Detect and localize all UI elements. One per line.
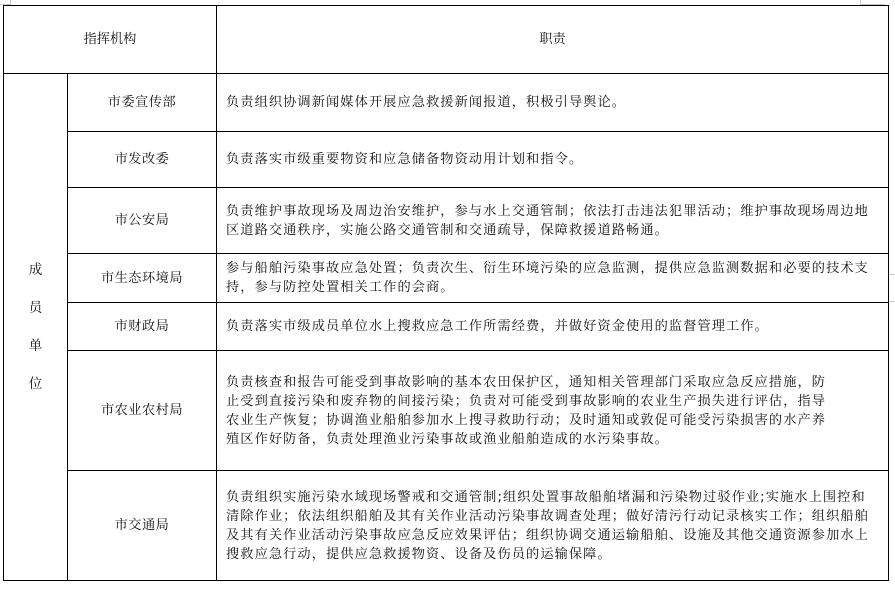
unit-duty: 负责核查和报告可能受到事故影响的基本农田保护区，通知相关管理部门采取应急反应措施…: [217, 351, 889, 471]
group-label-char: 位: [4, 365, 67, 403]
unit-name: 市发改委: [68, 132, 217, 188]
unit-duty: 参与船舶污染事故应急处置；负责次生、衍生环境污染的应急监测，提供应急监测数据和必…: [217, 254, 889, 303]
unit-name: 市生态环境局: [68, 254, 217, 303]
unit-duty: 负责组织实施污染水域现场警戒和交通管制;组织处置事故船舶堵漏和污染物过驳作业;实…: [217, 471, 889, 581]
table-row: 市交通局 负责组织实施污染水域现场警戒和交通管制;组织处置事故船舶堵漏和污染物过…: [4, 471, 889, 581]
table-row: 市财政局 负责落实市级成员单位水上搜救应急工作所需经费，并做好资金使用的监督管理…: [4, 303, 889, 351]
table-row: 市生态环境局 参与船舶污染事故应急处置；负责次生、衍生环境污染的应急监测，提供应…: [4, 254, 889, 303]
header-duty: 职责: [217, 6, 889, 74]
page-margin-mark-right: [889, 274, 895, 302]
unit-duty: 负责落实市级成员单位水上搜救应急工作所需经费，并做好资金使用的监督管理工作。: [217, 303, 889, 351]
unit-duty: 负责组织协调新闻媒体开展应急救援新闻报道，积极引导舆论。: [217, 74, 889, 132]
table-row: 市公安局 负责维护事故现场及周边治安维护，参与水上交通管制；依法打击违法犯罪活动…: [4, 188, 889, 254]
unit-name: 市委宣传部: [68, 74, 217, 132]
unit-duty: 负责落实市级重要物资和应急储备物资动用计划和指令。: [217, 132, 889, 188]
table-row: 市发改委 负责落实市级重要物资和应急储备物资动用计划和指令。: [4, 132, 889, 188]
header-organization: 指挥机构: [4, 6, 217, 74]
member-unit-duty-table: 指挥机构 职责 成 员 单 位 市委宣传部 负责组织协调新闻媒体开展应急救援新闻…: [3, 5, 889, 581]
group-label-char: 单: [4, 327, 67, 365]
table-row: 市农业农村局 负责核查和报告可能受到事故影响的基本农田保护区，通知相关管理部门采…: [4, 351, 889, 471]
header-row: 指挥机构 职责: [4, 6, 889, 74]
group-label-char: 员: [4, 289, 67, 327]
unit-duty: 负责维护事故现场及周边治安维护，参与水上交通管制；依法打击违法犯罪活动；维护事故…: [217, 188, 889, 254]
unit-name: 市交通局: [68, 471, 217, 581]
table-row: 成 员 单 位 市委宣传部 负责组织协调新闻媒体开展应急救援新闻报道，积极引导舆…: [4, 74, 889, 132]
unit-name: 市公安局: [68, 188, 217, 254]
unit-name: 市农业农村局: [68, 351, 217, 471]
unit-name: 市财政局: [68, 303, 217, 351]
group-label-char: 成: [4, 251, 67, 289]
group-label-member-units: 成 员 单 位: [4, 74, 68, 581]
